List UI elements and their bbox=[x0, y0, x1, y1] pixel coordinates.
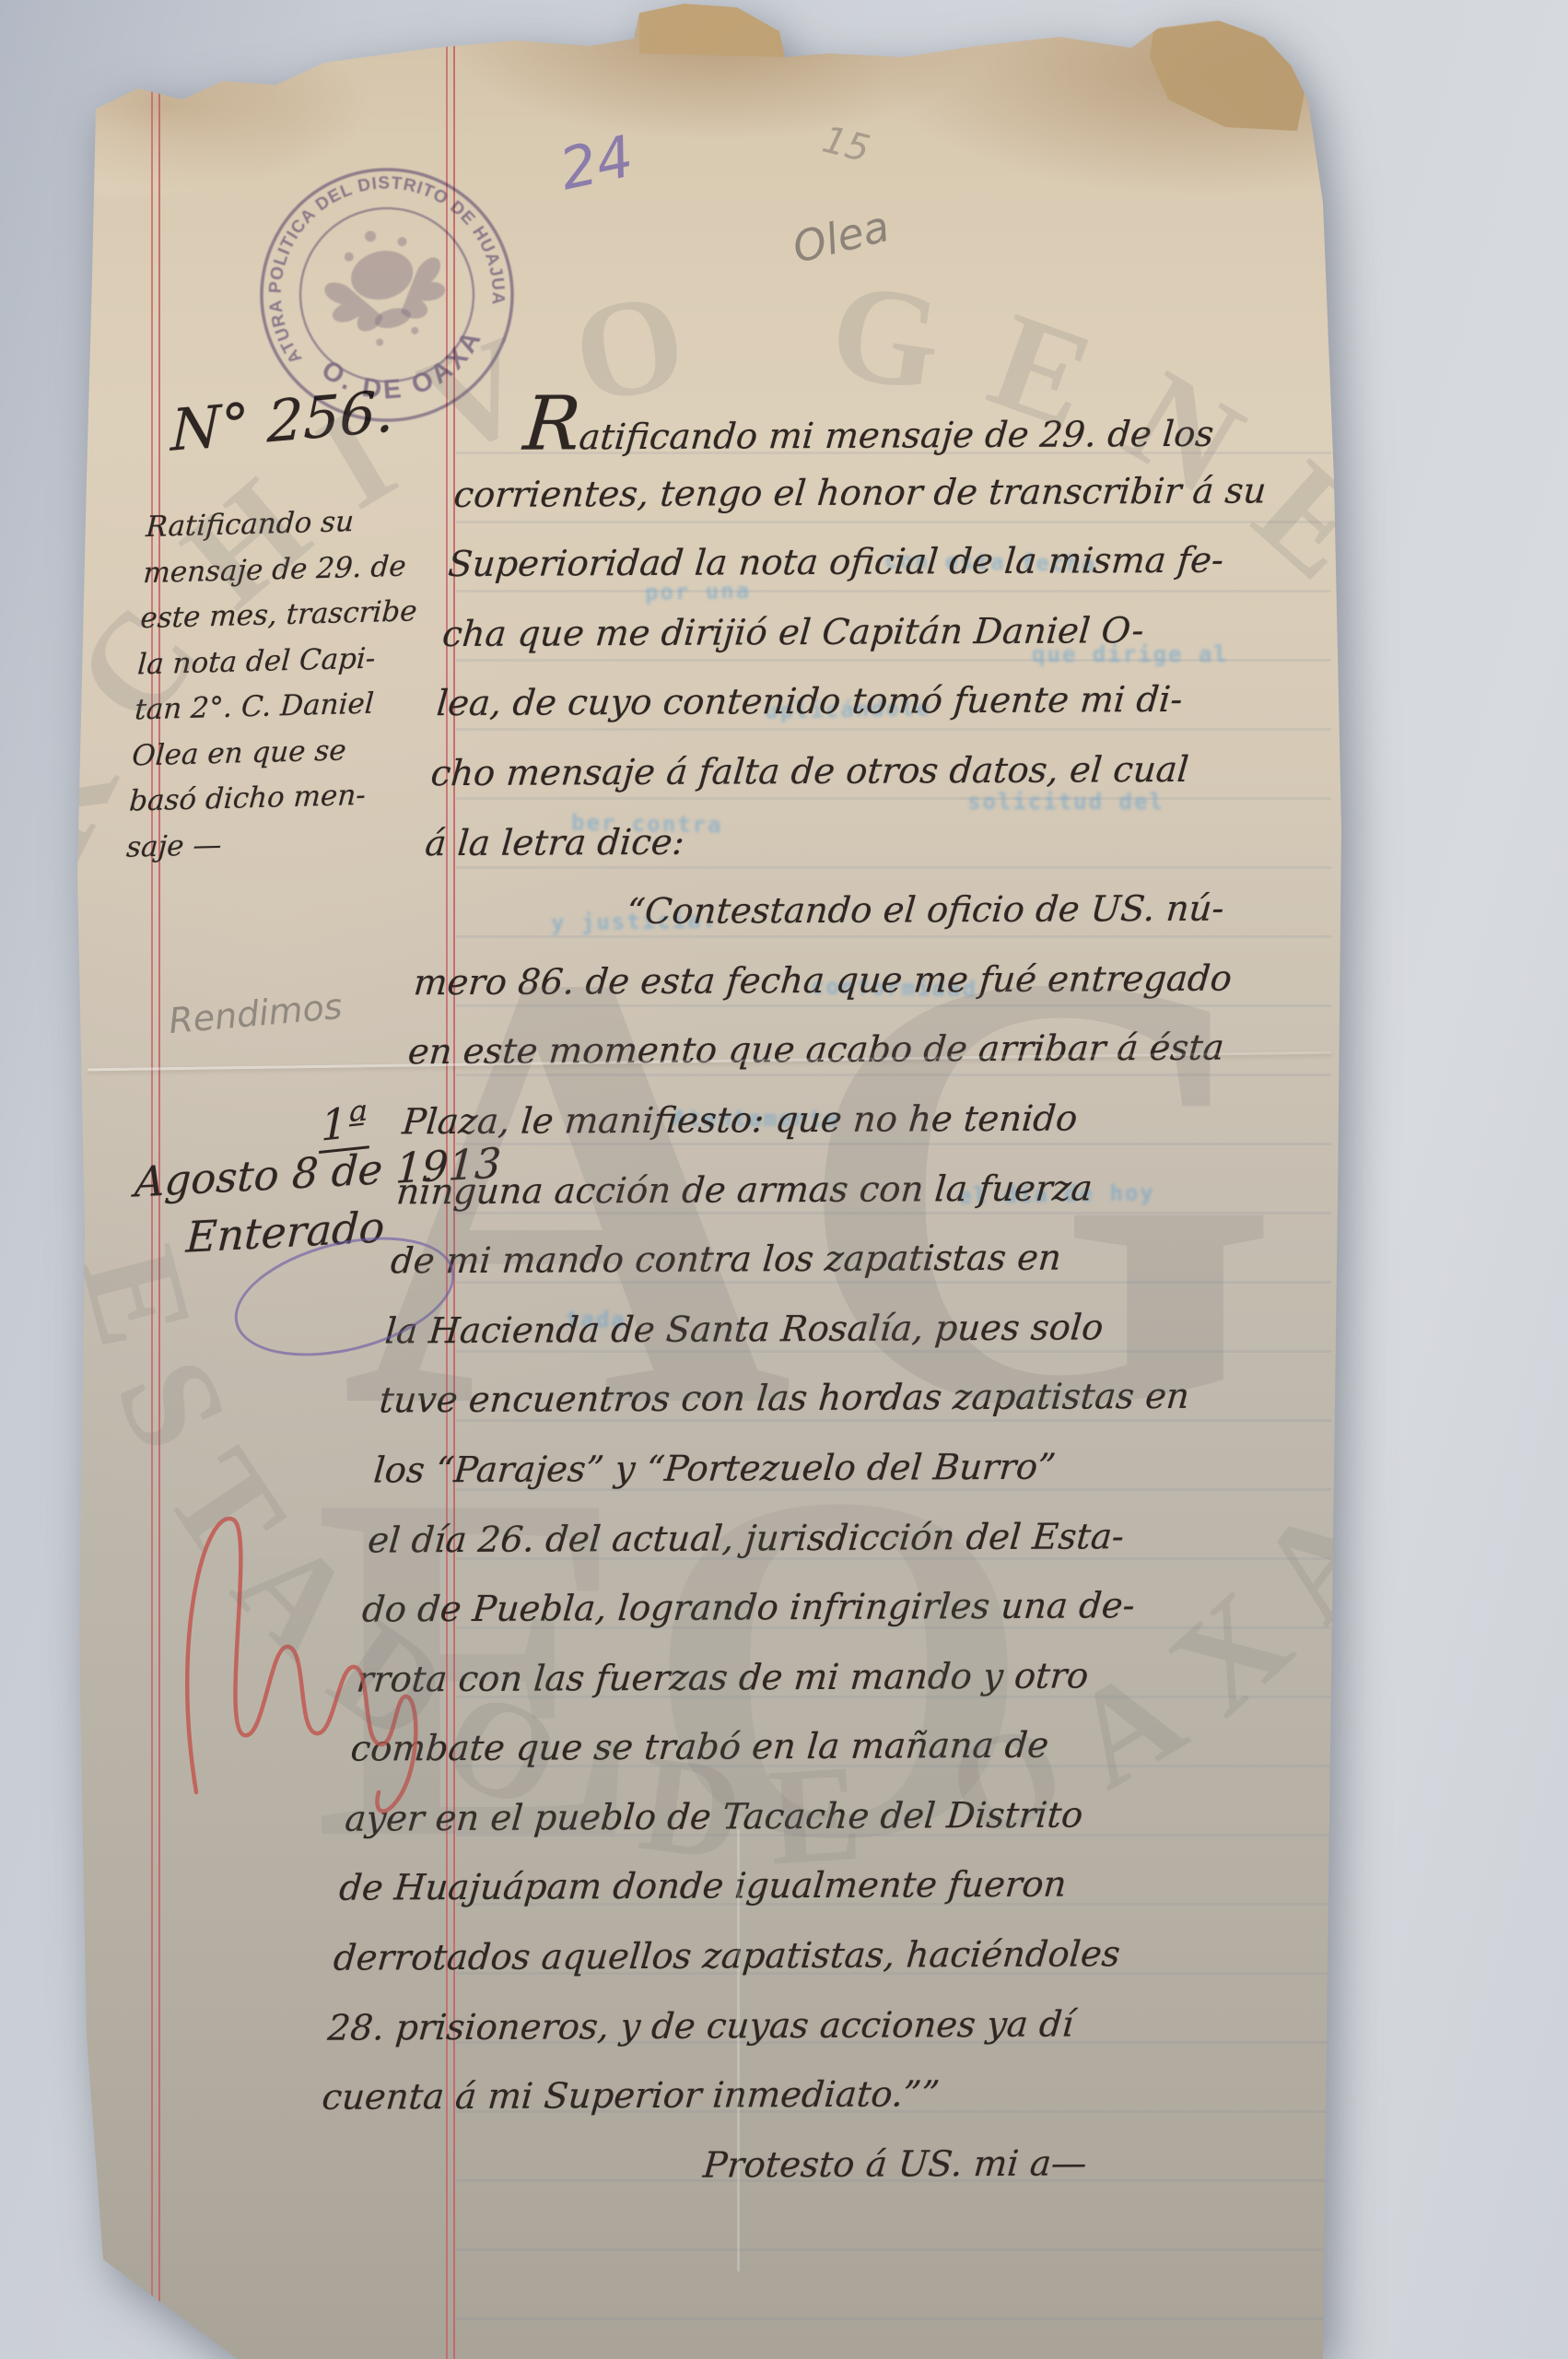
document-page: por unacon esta fechaque dirige aluplicá… bbox=[0, 0, 1568, 2359]
paper-sheet: por unacon esta fechaque dirige aluplicá… bbox=[0, 0, 1568, 2359]
watermark-EO: EO bbox=[313, 1391, 1032, 1942]
vertical-fold-crease bbox=[737, 1829, 740, 2271]
archive-watermark: ARCHIVO GENERAL ESTADO DE OAXACA AG EO bbox=[0, 0, 1568, 2359]
photo-of-archival-document: { "page": { "description": "Handwritten … bbox=[0, 0, 1568, 2359]
